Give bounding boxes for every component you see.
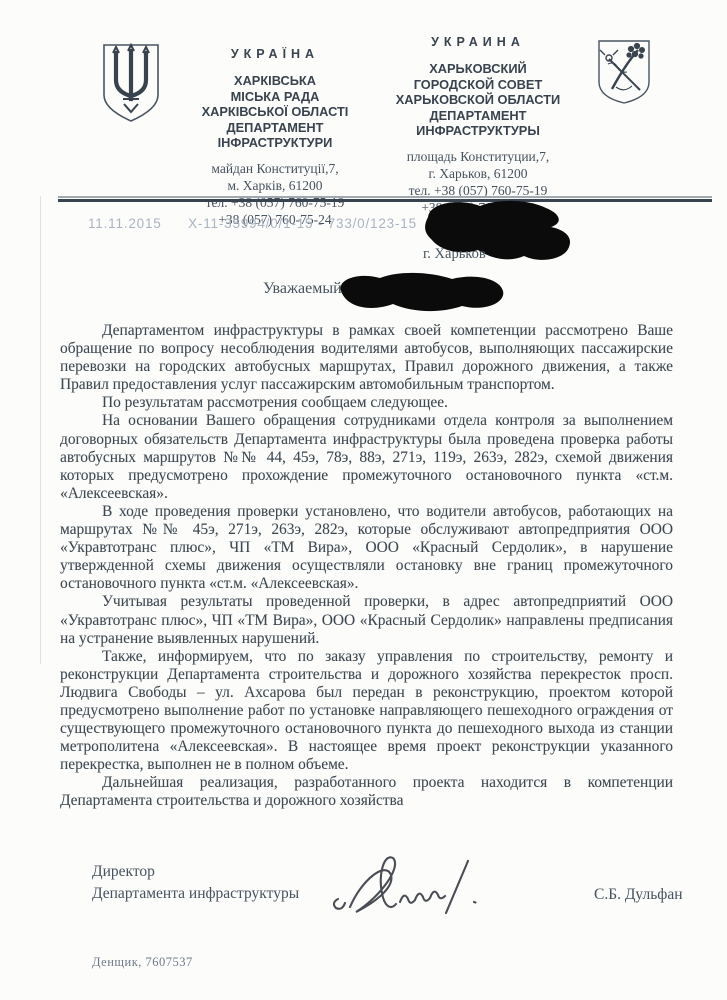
address-line: г. Харьков, 61200 bbox=[381, 165, 575, 182]
letterhead-divider bbox=[58, 196, 712, 202]
country-label-ru: УКРАИНА bbox=[381, 35, 575, 49]
org-line: ИНФРАСТРУКТУРЫ bbox=[381, 123, 575, 139]
ukraine-trident-emblem-icon bbox=[99, 42, 163, 131]
reference-line: 11.11.2015 Х-11-35994/0/1-15 - 733/0/123… bbox=[88, 216, 417, 231]
org-line: ХАРЬКОВСКОЙ ОБЛАСТИ bbox=[381, 92, 575, 108]
paragraph: На основании Вашего обращения сотрудника… bbox=[60, 412, 673, 502]
org-line: ХАРЬКОВСКИЙ bbox=[381, 61, 575, 77]
reference-number: Х-11-35994/0/1-15 - 733/0/123-15 bbox=[188, 216, 417, 231]
signer-role-line1: Директор bbox=[92, 861, 299, 883]
org-line: МІСЬКА РАДА bbox=[190, 89, 360, 105]
paragraph: Также, информируем, что по заказу управл… bbox=[60, 648, 673, 775]
signer-role-line2: Департамента инфраструктуры bbox=[92, 883, 299, 905]
org-line: ДЕПАРТАМЕНТ bbox=[190, 120, 360, 136]
org-line: ІНФРАСТРУКТУРИ bbox=[190, 135, 360, 151]
org-line: ХАРКІВСЬКА bbox=[190, 73, 360, 89]
salutation: Уважаемый bbox=[263, 280, 342, 298]
executor-line: Денщик, 7607537 bbox=[92, 955, 193, 970]
letter-body: Департаментом инфраструктуры в рамках св… bbox=[60, 322, 673, 811]
org-line: ДЕПАРТАМЕНТ bbox=[381, 108, 575, 124]
org-line: ГОРОДСКОЙ СОВЕТ bbox=[381, 77, 575, 93]
address-line: площадь Конституции,7, bbox=[381, 148, 575, 165]
address-line: майдан Конституції,7, bbox=[190, 160, 360, 177]
scan-edge-artifact bbox=[40, 196, 41, 664]
letterhead-russian: УКРАИНА ХАРЬКОВСКИЙ ГОРОДСКОЙ СОВЕТ ХАРЬ… bbox=[381, 35, 575, 216]
paragraph: В ходе проведения проверки установлено, … bbox=[60, 503, 673, 593]
reference-date: 11.11.2015 bbox=[88, 216, 162, 231]
org-name-uk: ХАРКІВСЬКА МІСЬКА РАДА ХАРКІВСЬКОЇ ОБЛАС… bbox=[190, 73, 360, 151]
country-label-uk: УКРАЇНА bbox=[190, 47, 360, 61]
signer-role: Директор Департамента инфраструктуры bbox=[92, 861, 299, 905]
org-line: ХАРКІВСЬКОЇ ОБЛАСТІ bbox=[190, 104, 360, 120]
address-line: м. Харків, 61200 bbox=[190, 177, 360, 194]
kharkiv-coat-of-arms-icon bbox=[595, 37, 653, 112]
handwritten-signature bbox=[328, 845, 496, 938]
redaction-mark-addressee bbox=[334, 268, 510, 321]
paragraph: Учитывая результаты проведенной проверки… bbox=[60, 593, 673, 647]
paragraph: Департаментом инфраструктуры в рамках св… bbox=[60, 322, 673, 394]
org-name-ru: ХАРЬКОВСКИЙ ГОРОДСКОЙ СОВЕТ ХАРЬКОВСКОЙ … bbox=[381, 61, 575, 139]
letter-page: УКРАЇНА ХАРКІВСЬКА МІСЬКА РАДА ХАРКІВСЬК… bbox=[0, 0, 727, 1000]
signer-name: С.Б. Дульфан bbox=[594, 886, 683, 904]
city-line: г. Харьков bbox=[423, 246, 486, 263]
paragraph: По результатам рассмотрения сообщаем сле… bbox=[60, 394, 673, 412]
paragraph: Дальнейшая реализация, разработанного пр… bbox=[60, 774, 673, 810]
